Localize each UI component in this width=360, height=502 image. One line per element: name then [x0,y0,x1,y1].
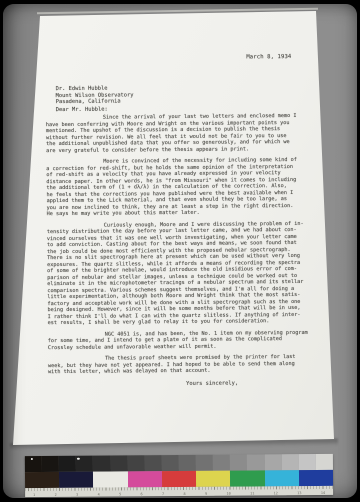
gray-step [128,455,145,471]
letter-paragraph: Moore is convinced of the necessity for … [46,157,317,218]
dust-speck [77,458,80,460]
gray-step [179,455,196,471]
ruler-number: 8 [184,492,186,496]
letter-paragraph: Since the arrival of your last two lette… [46,113,316,154]
recipient-address: Dr. Edwin HubbleMount Wilson Observatory… [56,85,134,105]
ruler-number: 7 [162,492,164,496]
red-patch [162,471,196,487]
gray-step [196,455,213,471]
green-patch [230,470,264,486]
yellow-patch [196,471,230,487]
letter-content: March 8, 1934 Dr. Edwin HubbleMount Wils… [0,0,360,502]
blue-patch [299,470,333,486]
gray-step [281,454,298,470]
gray-step [93,455,110,471]
gray-step [59,456,76,472]
ruler-number: 14 [321,491,325,495]
ruler-number: 11 [250,491,254,495]
dust-speck [31,458,33,460]
ruler-number: 2 [55,493,57,497]
cyan-patch [264,470,298,486]
ruler-number: 13 [297,491,301,495]
gray-step [25,456,42,472]
recipient-line: Pasadena, California [56,99,134,106]
letter-body: Since the arrival of your last two lette… [46,113,318,376]
ruler-number: 4 [98,493,100,497]
gray-step [299,454,316,470]
color-calibration-target: 1234567891011121314 [25,454,333,497]
magenta-patch [128,471,162,487]
letter-date: March 8, 1934 [246,54,291,60]
ruler-number: 12 [274,491,278,495]
gray-step [213,455,230,471]
ruler-number: 10 [226,492,230,496]
letter-paragraph: NGC 4051 is, and has been, the No. 1 ite… [48,329,318,351]
salutation: Dear Mr. Hubble: [56,107,108,113]
gray-step [162,455,179,471]
ruler-number: 5 [119,492,121,496]
ruler-number: 3 [76,493,78,497]
navy-patch [59,472,93,488]
black-patch [25,472,59,488]
gray-step [42,456,59,472]
ruler-number: 6 [141,492,143,496]
ruler-number: 9 [205,492,207,496]
letter-paragraph: The thesis proof sheets were promised by… [48,354,318,376]
gray-step [247,454,264,470]
ruler-number: 1 [33,493,35,497]
gray-step [110,455,127,471]
white-patch [93,471,127,487]
gray-step [316,454,333,470]
closing-line: Yours sincerely, [186,380,238,386]
gray-step [145,455,162,471]
letter-paragraph: Curiously enough, Moore and I were discu… [47,220,318,326]
archival-photo-frame: March 8, 1934 Dr. Edwin HubbleMount Wils… [0,0,360,502]
gray-step [230,455,247,471]
gray-step [264,454,281,470]
